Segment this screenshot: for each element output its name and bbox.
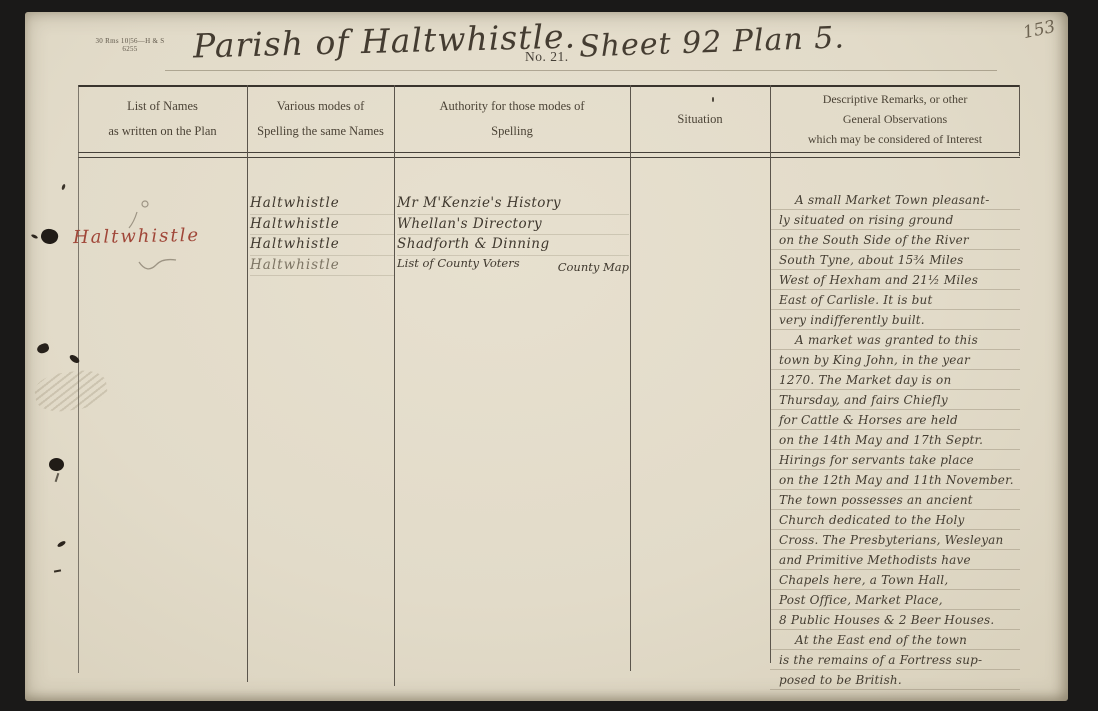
remarks-line: South Tyne, about 15¾ Miles	[770, 250, 1020, 270]
remarks-line: town by King John, in the year	[770, 350, 1020, 370]
remarks-line: for Cattle & Horses are held	[770, 410, 1020, 430]
remarks-line: on the 12th May and 11th November.	[770, 470, 1020, 490]
remarks-line: and Primitive Methodists have	[770, 550, 1020, 570]
header-writing-line	[165, 70, 997, 71]
pencil-marks	[111, 196, 207, 282]
header-line: Spelling the same Names	[257, 124, 384, 139]
ink-blot	[49, 458, 64, 471]
descriptive-remarks-text: A small Market Town pleasant-ly situated…	[770, 190, 1020, 690]
authority-entry: Mr M'Kenzie's History	[397, 194, 629, 215]
ink-blot	[36, 342, 50, 355]
header-authority: Authority for those modes ofSpelling	[394, 87, 630, 151]
header-double-rule	[78, 152, 1020, 158]
remarks-line: East of Carlisle. It is but	[770, 290, 1020, 310]
spelling-variants: HaltwhistleHaltwhistleHaltwhistleHaltwhi…	[250, 194, 394, 276]
paper: 30 Rms 10|56—H & S 6255 Parish of Haltwh…	[25, 12, 1068, 701]
authority-county-map: County Map	[558, 260, 629, 274]
remarks-line: Church dedicated to the Holy	[770, 510, 1020, 530]
header-line: General Observations	[843, 112, 947, 127]
remarks-line: Cross. The Presbyterians, Wesleyan	[770, 530, 1020, 550]
name-book-table: List of Namesas written on the Plan Vari…	[78, 85, 1020, 677]
remarks-line: very indifferently built.	[770, 310, 1020, 330]
header-descriptive-remarks: Descriptive Remarks, or otherGeneral Obs…	[770, 87, 1020, 151]
ink-blot	[54, 569, 61, 572]
remarks-line: Hirings for servants take place	[770, 450, 1020, 470]
remarks-line: ly situated on rising ground	[770, 210, 1020, 230]
ink-speck	[712, 97, 714, 102]
remarks-line: 8 Public Houses & 2 Beer Houses.	[770, 610, 1020, 630]
authority-county-voters: List of County Voters	[397, 256, 520, 270]
header-line: List of Names	[127, 99, 198, 114]
ink-blot	[55, 473, 60, 482]
spelling-entry: Haltwhistle	[250, 235, 394, 256]
stamp-line2: 6255	[80, 45, 180, 53]
parish-title: Parish of Haltwhistle.	[193, 17, 539, 65]
remarks-line: on the 14th May and 17th Septr.	[770, 430, 1020, 450]
remarks-line: West of Hexham and 21½ Miles	[770, 270, 1020, 290]
remarks-line: Post Office, Market Place,	[770, 590, 1020, 610]
header-line: Situation	[677, 112, 722, 127]
remarks-line: Thursday, and fairs Chiefly	[770, 390, 1020, 410]
table-header-row: List of Namesas written on the Plan Vari…	[78, 87, 1020, 151]
header-line: as written on the Plan	[108, 124, 216, 139]
spelling-entry: Haltwhistle	[250, 256, 394, 277]
sheet-plan-label: Sheet 92 Plan 5.	[576, 20, 847, 64]
remarks-line: posed to be British.	[770, 670, 1020, 690]
header-line: Spelling	[491, 124, 533, 139]
table-right-rule	[1019, 85, 1020, 156]
column-divider-1	[247, 85, 248, 682]
remarks-line: is the remains of a Fortress sup-	[770, 650, 1020, 670]
ink-blot	[31, 234, 39, 240]
remarks-line: At the East end of the town	[770, 630, 1020, 650]
printer-stamp: 30 Rms 10|56—H & S 6255	[80, 37, 180, 53]
column-divider-2	[394, 85, 395, 686]
remarks-line: A market was granted to this	[770, 330, 1020, 350]
header-line: Descriptive Remarks, or other	[823, 92, 968, 107]
spelling-entry: Haltwhistle	[250, 215, 394, 236]
remarks-line: on the South Side of the River	[770, 230, 1020, 250]
header-various-modes: Various modes ofSpelling the same Names	[247, 87, 394, 151]
remarks-line: Chapels here, a Town Hall,	[770, 570, 1020, 590]
remarks-line: A small Market Town pleasant-	[770, 190, 1020, 210]
authority-entries: Mr M'Kenzie's HistoryWhellan's Directory…	[397, 194, 629, 256]
number-label: No. 21.	[525, 49, 569, 65]
header-list-of-names: List of Namesas written on the Plan	[78, 87, 247, 151]
header-line: Various modes of	[277, 99, 365, 114]
authority-last-row: List of County Voters County Map	[397, 253, 629, 273]
ink-blot	[57, 540, 67, 548]
header-situation: Situation	[630, 87, 770, 151]
remarks-line: The town possesses an ancient	[770, 490, 1020, 510]
ink-speck	[61, 184, 66, 191]
spelling-entry: Haltwhistle	[250, 194, 394, 215]
header-line: Authority for those modes of	[439, 99, 584, 114]
page-number: 153	[1021, 17, 1057, 43]
authority-entry: Whellan's Directory	[397, 215, 629, 236]
stamp-line1: 30 Rms 10|56—H & S	[80, 37, 180, 45]
column-divider-3	[630, 85, 631, 671]
ink-blot	[39, 227, 59, 246]
scanned-page: 30 Rms 10|56—H & S 6255 Parish of Haltwh…	[0, 0, 1098, 711]
header-line: which may be considered of Interest	[808, 132, 982, 147]
remarks-line: 1270. The Market day is on	[770, 370, 1020, 390]
